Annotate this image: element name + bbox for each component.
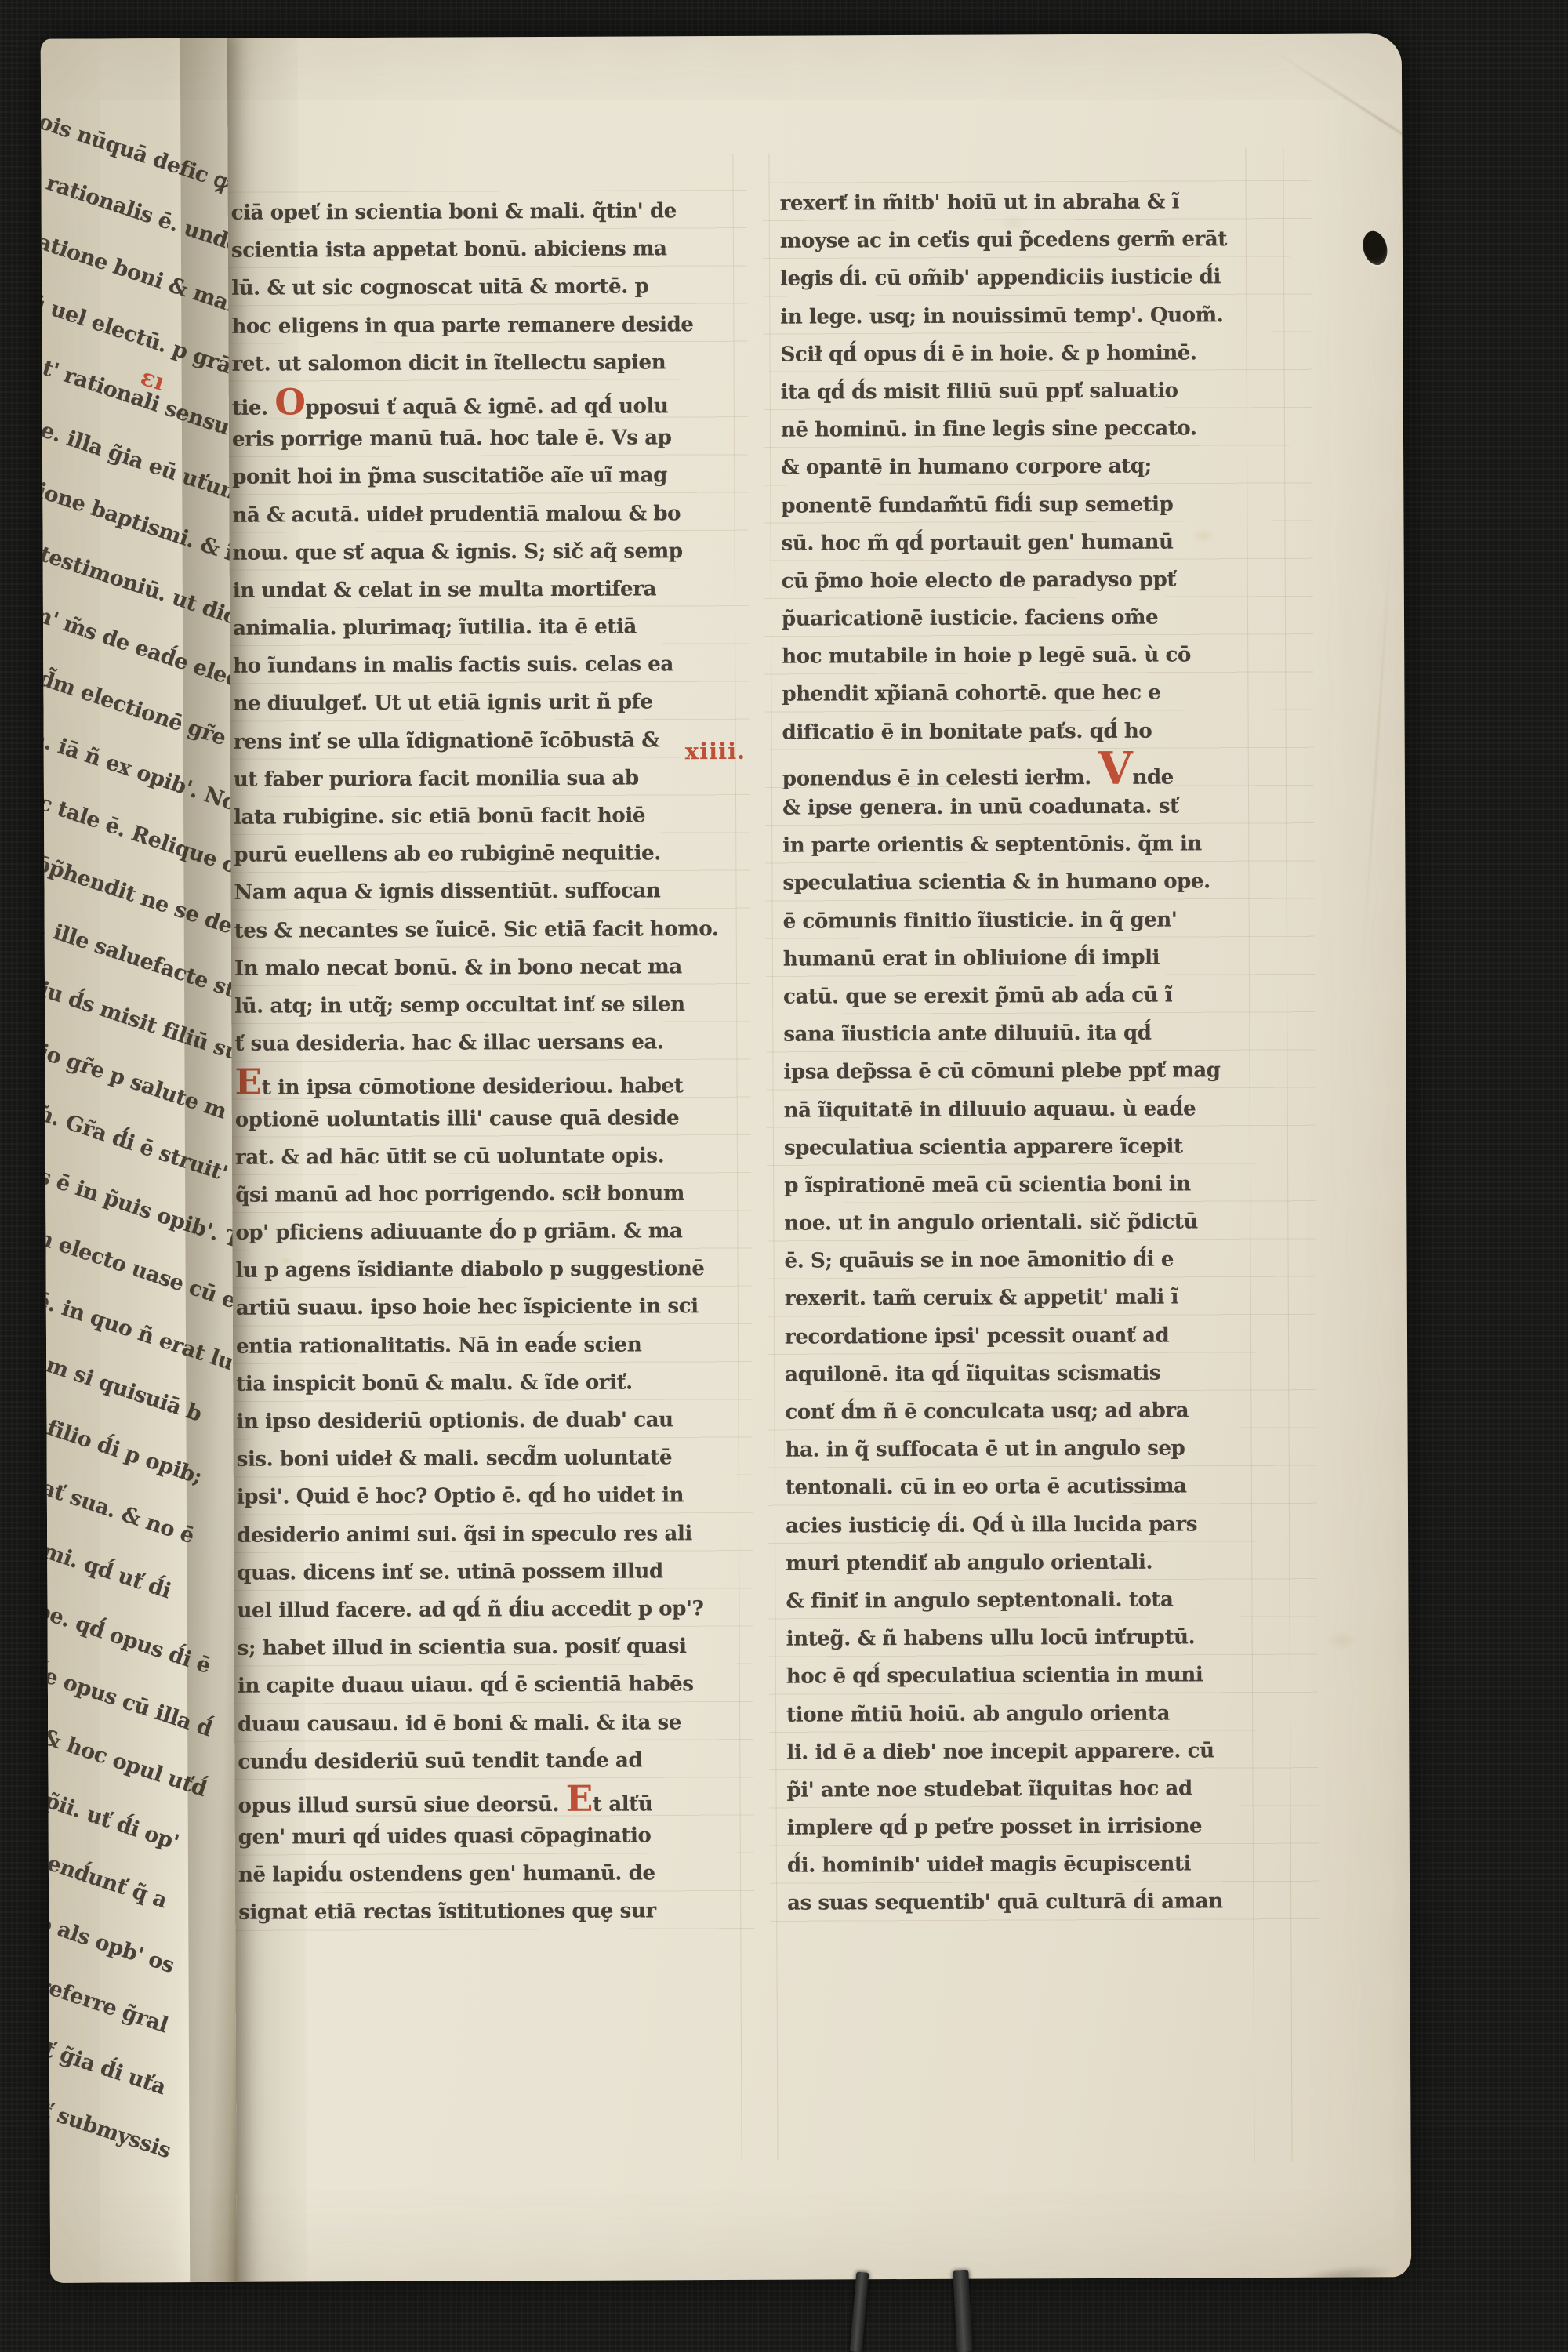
manuscript-line: ipsi'. Quid ē hoc? Optio ē. qd́ ho uidet… <box>237 1477 691 1517</box>
text-column-right: rexerť in m̃itb' hoiū ut in abraha & ĩmo… <box>780 183 1250 1922</box>
manuscript-line: ť sua desideria. hac & illac uersans ea. <box>234 1023 689 1063</box>
manuscript-line: & ipse genera. in unū coadunata. sť <box>782 787 1245 827</box>
line-text: t in ipsa cōmotione desiderioɯ. habet <box>262 1075 684 1100</box>
manuscript-line: lu p agens ĩsidiante diabolo p suggestio… <box>236 1250 691 1290</box>
manuscript-line: & finiť in angulo septentonali. tota <box>786 1581 1248 1621</box>
manuscript-line: ponentē fundam̃tū fid́i sup semetip <box>781 485 1243 525</box>
manuscript-line: cū p̃mo hoie electo de paradyso ppť <box>782 561 1244 601</box>
crease <box>1272 49 1412 191</box>
manuscript-line: noɯ. que sť aqua & ignis. S; sič aq̃ sem… <box>233 532 688 572</box>
manuscript-line: optionē uoluntatis illi' cause quā desid… <box>235 1099 690 1139</box>
manuscript-line: phendit xp̃ianā cohortē. que hec e <box>782 674 1244 714</box>
manuscript-line: in ipso desideriū optionis. de duab' cau <box>236 1401 691 1441</box>
line-text: tie. <box>232 396 275 419</box>
line-text: nde <box>1132 765 1174 789</box>
manuscript-line: catū. que se erexit p̃mū ab ad́a cū ĩ <box>783 976 1246 1016</box>
manuscript-line: hoc mutabile in hoie p legē suā. ù cō <box>782 636 1244 676</box>
manuscript-line: s; habet illud in scientia sua. posiť qu… <box>238 1628 692 1668</box>
manuscript-line: gen' muri qd́ uides quasi cōpaginatio <box>238 1817 693 1857</box>
manuscript-line: ne diuulgeť. Ut ut etiā ignis urit ñ pfe <box>233 684 688 724</box>
rubric-initial: V <box>1098 742 1132 795</box>
manuscript-line: purū euellens ab eo rubiginē nequitie. <box>234 834 688 874</box>
manuscript-line: no ope. qd́ opus d́i ē <box>41 1583 214 1679</box>
manuscript-line: integ̃. & ñ habens ullu locū inťruptū. <box>786 1618 1249 1658</box>
folio-number: 79 <box>1403 52 1411 100</box>
manuscript-line: tione m̃tiū hoiū. ab angulo orienta <box>786 1694 1249 1734</box>
manuscript-line: nē lapid́u ostendens gen' humanū. de <box>238 1854 693 1894</box>
manuscript-line: ē cōmunis finitio ĩiusticie. in q̃ gen' <box>783 901 1246 941</box>
text-column-left: ciā opeť in scientia boni & mali. q̃tin'… <box>231 192 694 1932</box>
manuscript-line: rexerit. tam̃ ceruix & appetit' mali ĩ <box>785 1279 1247 1319</box>
manuscript-page: ciā opeť in scientia boni & mali. q̃tin'… <box>41 33 1411 2283</box>
manuscript-line: aquilonē. ita qd́ ĩiquitas scismatis <box>785 1354 1247 1394</box>
manuscript-line: legis d́i. cū om̃ib' appendiciis iustici… <box>780 258 1243 298</box>
manuscript-line: p ĩspirationē meā cū scientia boni in <box>784 1165 1247 1205</box>
manuscript-line: li. id ē a dieb' noe incepit apparere. c… <box>786 1732 1249 1772</box>
manuscript-line: Nam aqua & ignis dissentiūt. suffocan <box>234 873 688 913</box>
manuscript-line: p̃uaricationē iusticie. faciens om̃e <box>782 598 1244 638</box>
manuscript-line: hoc eligens in qua parte remanere deside <box>231 306 686 346</box>
manuscript-line: ponit hoi in p̃ma suscitatiõe aĩe uĩ mag <box>232 457 687 497</box>
line-text: pposui ť aquā & ignē. ad qd́ uolu <box>306 394 669 419</box>
manuscript-line: eris porrige manū tuā. hoc tale ē. Vs ap <box>232 419 687 459</box>
manuscript-line: ita qd́ d́s misit filiū suū ppť saluatio <box>781 372 1243 412</box>
manuscript-line: cund́u desideriū suū tendit tand́e ad <box>238 1741 692 1781</box>
manuscript-line: animalia. plurimaq; ĩutilia. ita ē etiā <box>233 608 688 648</box>
manuscript-line: uel illud facere. ad qd́ ñ d́iu accedit … <box>237 1590 691 1630</box>
manuscript-line: opus illud sursū siue deorsū. Et alťū <box>238 1779 692 1819</box>
manuscript-line: signat etiā rectas ĩstitutiones quȩ sur <box>238 1893 693 1933</box>
binding-strap <box>953 2270 972 2352</box>
manuscript-line: In malo necat bonū. & in bono necat ma <box>234 948 689 988</box>
manuscript-line: ponendus ē in celesti ierłm. Vnde <box>782 750 1245 789</box>
manuscript-line: conť d́m ñ ē conculcata usq; ad abra <box>785 1392 1247 1432</box>
manuscript-line: moyse ac in ceťis qui p̃cedens germ̃ erā… <box>780 220 1243 260</box>
manuscript-line: artiū suaɯ. ipso hoie hec ĩspiciente in … <box>236 1288 691 1328</box>
manuscript-line: & opantē in humano corpore atq; <box>781 447 1243 487</box>
manuscript-line: rat. & ad hāc ūtit se cū uoluntate opis. <box>235 1137 690 1177</box>
manuscript-line: entia rationalitatis. Nā in ead́e scien <box>236 1326 691 1366</box>
manuscript-line: lū. atq; in utq̃; semp occultat inť se s… <box>234 985 689 1025</box>
manuscript-line: q̃si manū ad hoc porrigendo. scił bonum <box>235 1174 690 1214</box>
manuscript-line: rens inť se ulla ĩdignationē ĩcōbustā & <box>234 721 688 761</box>
parchment-hole <box>1359 228 1391 267</box>
line-text: opus illud sursū siue deorsū. <box>238 1793 566 1818</box>
manuscript-line: scientia ista appetat bonū. abiciens ma <box>231 230 686 270</box>
manuscript-line: speculatiua scientia & in humano ope. <box>782 862 1245 902</box>
smudge <box>1292 2261 1396 2283</box>
manuscript-line: ho ĩundans in malis factis suis. celas e… <box>233 645 688 685</box>
manuscript-line: ha. in q̃ suffocata ē ut in angulo sep <box>786 1429 1248 1469</box>
manuscript-line: tia inspicit bonū & malu. & ĩde oriť. <box>236 1363 691 1403</box>
vertical-ruling <box>1283 147 1292 2162</box>
manuscript-line: Et in ipsa cōmotione desiderioɯ. habet <box>234 1062 689 1102</box>
manuscript-line: muri ptendiť ab angulo orientali. <box>786 1543 1248 1583</box>
manuscript-line: tes & necantes se ĩuicē. Sic etiā facit … <box>234 910 689 950</box>
line-text: t alťū <box>593 1792 652 1816</box>
manuscript-line: nā ĩiquitatē in diluuio aquaɯ. ù ead́e <box>784 1090 1247 1130</box>
line-text: ponendus ē in celesti ierłm. <box>782 766 1098 791</box>
manuscript-line: in undat & celat in se multa mortifera <box>233 570 688 610</box>
manuscript-line: acies iusticiȩ d́i. Qd́ ù illa lucida pa… <box>786 1505 1248 1545</box>
manuscript-line: quas. dicens inť se. utinā possem illud <box>237 1552 691 1592</box>
manuscript-line: Scił qd́ opus d́i ē in hoie. & p hominē. <box>780 334 1243 374</box>
manuscript-line: in capite duaɯ uiaɯ. qd́ ē scientiā habē… <box>238 1666 692 1706</box>
manuscript-line: d́i. hominib' uideł magis ēcupiscenti <box>787 1845 1250 1885</box>
manuscript-line: ipsa dep̃ssa ē cū cōmuni plebe ppť mag <box>783 1051 1246 1091</box>
vertical-ruling <box>732 154 742 2161</box>
rubric-initial: E <box>234 1061 262 1103</box>
crease <box>1360 504 1394 989</box>
manuscript-line: ciā opeť in scientia boni & mali. q̃tin'… <box>231 192 686 232</box>
manuscript-line: in parte orientis & septentōnis. q̃m in <box>782 825 1245 865</box>
manuscript-photo: { "page": { "folio_number": "79", "color… <box>0 0 1568 2352</box>
manuscript-line: humanū erat in obliuione d́i impli <box>783 938 1246 978</box>
manuscript-line: lata rubigine. sic etiā bonū facit hoiē <box>234 797 688 837</box>
rubric-initial: O <box>274 380 305 423</box>
manuscript-line: as suas sequentib' quā culturā d́i aman <box>787 1883 1250 1923</box>
manuscript-line: sis. boni uideł & mali. secd̃m uoluntatē <box>237 1439 691 1479</box>
manuscript-line: noe. ut in angulo orientali. sič p̃dictū <box>784 1203 1247 1243</box>
manuscript-line: recordatione ipsi' pcessit ouanť ad <box>785 1316 1247 1356</box>
margin-chapter-numeral-xiiii: xiiii. <box>685 738 746 764</box>
manuscript-line: p̃i' ante noe studebat ĩiquitas hoc ad <box>786 1769 1249 1809</box>
manuscript-line: nē hominū. in fine legis sine peccato. <box>781 409 1243 449</box>
rubric-initial: E <box>566 1777 593 1820</box>
facing-page-edge: auť hois nūquā defic ꝙť. q̃m rationalis … <box>41 33 238 2283</box>
manuscript-line: ē. S; quāuis se in noe āmonitio d́i e <box>784 1240 1247 1280</box>
manuscript-line: rexerť in m̃itb' hoiū ut in abraha & ĩ <box>780 183 1243 223</box>
manuscript-line: lū. & ut sic cognoscat uitā & mortē. p <box>231 268 686 308</box>
manuscript-line: desiderio animi sui. q̃si in speculo res… <box>237 1515 691 1555</box>
manuscript-line: sū. hoc m̃ qd́ portauit gen' humanū <box>781 523 1243 563</box>
manuscript-line: duaɯ causaɯ. id ē boni & mali. & ita se <box>238 1704 692 1744</box>
manuscript-line: tentonali. cū in eo orta ē acutissima <box>786 1467 1248 1507</box>
manuscript-line: in lege. usq; in nouissimū temp'. Quom̃. <box>780 296 1243 336</box>
binding-strap <box>850 2271 869 2352</box>
manuscript-line: implere qd́ p peťre posset in irrisione <box>787 1807 1250 1847</box>
manuscript-line: dificatio ē in bonitate paťs. qd́ ho <box>782 712 1245 752</box>
facing-page-text: auť hois nūquā defic ꝙť. q̃m rationalis … <box>41 33 238 2283</box>
vertical-ruling <box>768 154 778 2161</box>
manuscript-line: hoc ē qd́ speculatiua scientia in muni <box>786 1656 1249 1696</box>
manuscript-line: nā & acutā. uideł prudentiā maloɯ & bo <box>232 495 687 535</box>
manuscript-line: speculatiua scientia apparere ĩcepit <box>784 1127 1247 1167</box>
manuscript-line: sana ĩiusticia ante diluuiū. ita qd́ <box>783 1014 1246 1054</box>
manuscript-line: tie. Opposui ť aquā & ignē. ad qd́ uolu <box>232 381 687 421</box>
manuscript-line: ret. ut salomon dicit in ĩtellectu sapie… <box>231 343 686 383</box>
manuscript-line: ut faber puriora facit monilia sua ab <box>234 759 688 799</box>
manuscript-line: op' pficiens adiuuante d́o p griām. & ma <box>235 1212 690 1252</box>
